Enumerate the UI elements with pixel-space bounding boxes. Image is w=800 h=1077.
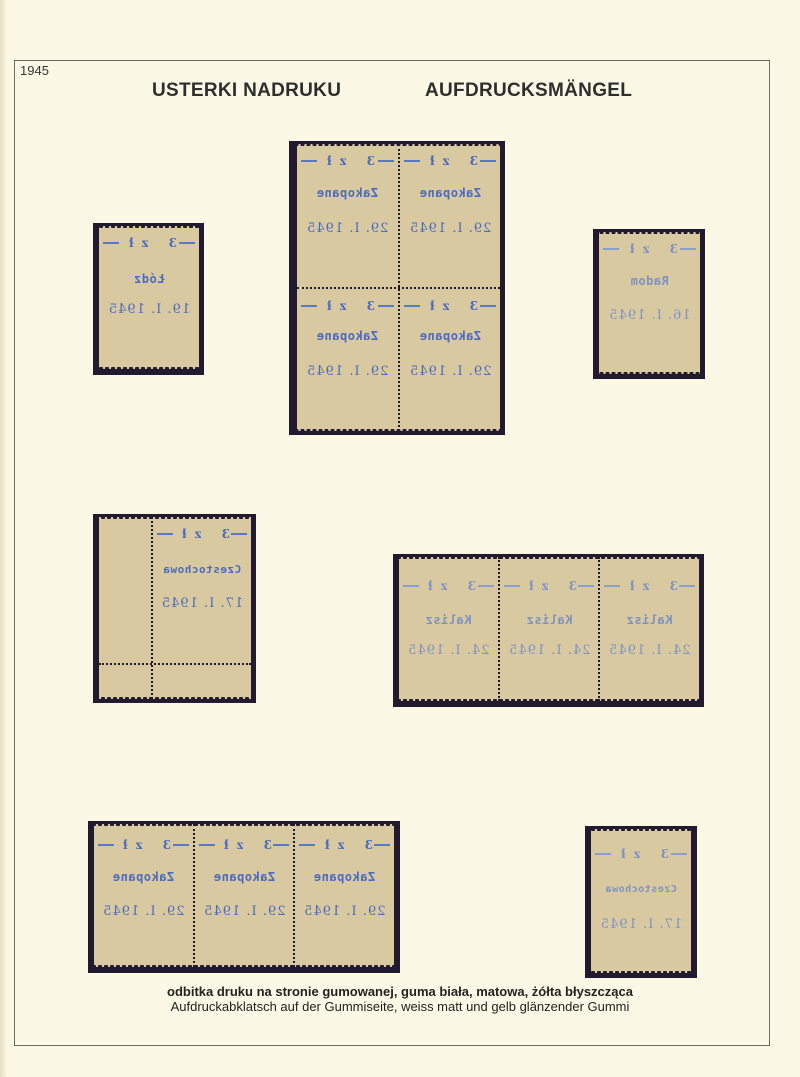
caption-polish: odbitka druku na stronie gumowanej, guma… [0, 984, 800, 999]
block-row-top: 3 zł Zakopane 29. I. 1945 3 zł Zakopane … [297, 144, 500, 287]
dash-icon [103, 242, 119, 244]
stamp-city: Kalisz [600, 613, 699, 627]
stamp-value: 3 zł [613, 847, 669, 861]
stamp-radom: 3 zł Radom 16. I. 1945 [599, 232, 700, 374]
binding-shadow [0, 0, 8, 1077]
stamp-value: 3 zł [115, 838, 171, 852]
stamp-lodz: 3 zł Łódz 19. I. 1945 [99, 226, 199, 369]
stamp-city: Zakopane [400, 329, 501, 343]
stamp-value: 3 zł [420, 579, 476, 593]
stamp-value: 3 zł [319, 154, 375, 168]
stamp-value: 3 zł [317, 838, 373, 852]
stamp-mount-czestochowa-single: 3 zł Czestochowa 17. I. 1945 [585, 826, 697, 978]
stamp-date: 29. I. 1945 [94, 904, 193, 919]
stamp-date: 29. I. 1945 [297, 364, 398, 379]
stamp-value: 3 zł [422, 154, 478, 168]
dash-icon [179, 242, 195, 244]
stamp-value: 3 zł [521, 579, 577, 593]
stamp-zakopane-3: 3 zł Zakopane 29. I. 1945 [297, 289, 398, 432]
stamp-city: Łódz [99, 272, 199, 286]
stamp-value: 3 zł [622, 242, 678, 256]
stamp-city: Zakopane [94, 870, 193, 884]
stamp-date: 24. I. 1945 [399, 643, 498, 658]
stamp-value: 3 zł [319, 299, 375, 313]
sheet-margin-left [99, 517, 153, 663]
stamp-zakopane-4: 3 zł Zakopane 29. I. 1945 [398, 289, 501, 432]
stamp-date: 29. I. 1945 [195, 904, 294, 919]
stamp-city: Radom [599, 274, 700, 288]
stamp-city: Zakopane [297, 329, 398, 343]
stamp-city: Zakopane [297, 186, 398, 200]
stamp-zakopane-strip-1: 3 zł Zakopane 29. I. 1945 [94, 824, 193, 967]
stamp-city: Czestochowa [153, 563, 251, 576]
stamp-zakopane-1: 3 zł Zakopane 29. I. 1945 [297, 144, 398, 287]
stamp-zakopane-2: 3 zł Zakopane 29. I. 1945 [398, 144, 501, 287]
stamp-value: 3 zł [622, 579, 678, 593]
stamp-value: 3 zł [422, 299, 478, 313]
stamp-date: 17. I. 1945 [153, 596, 251, 611]
block-row-bottom: 3 zł Zakopane 29. I. 1945 3 zł Zakopane … [297, 287, 500, 432]
stamp-mount-radom: 3 zł Radom 16. I. 1945 [593, 229, 705, 379]
stamp-city: Czestochowa [591, 884, 691, 895]
stamp-mount-zakopane-block: 3 zł Zakopane 29. I. 1945 3 zł Zakopane … [289, 141, 505, 435]
stamp-value: 3 zł [121, 236, 177, 250]
stamp-date: 29. I. 1945 [400, 221, 501, 236]
stamp-date: 29. I. 1945 [295, 904, 394, 919]
stamp-czestochowa-single: 3 zł Czestochowa 17. I. 1945 [591, 829, 691, 973]
stamp-kalisz-2: 3 zł Kalisz 24. I. 1945 [498, 557, 599, 701]
stamp-date: 17. I. 1945 [591, 917, 691, 932]
stamp-kalisz-1: 3 zł Kalisz 24. I. 1945 [399, 557, 498, 701]
caption-german: Aufdruckabklatsch auf der Gummiseite, we… [0, 999, 800, 1014]
stamp-mount-zakopane-strip: 3 zł Zakopane 29. I. 1945 3 zł Zakopane … [88, 821, 400, 973]
stamp-mount-czestochowa-corner: 3 zł Czestochowa 17. I. 1945 [93, 514, 256, 703]
stamp-city: Zakopane [195, 870, 294, 884]
stamp-czestochowa-corner: 3 zł Czestochowa 17. I. 1945 [153, 517, 251, 663]
stamp-zakopane-strip-2: 3 zł Zakopane 29. I. 1945 [193, 824, 294, 967]
stamp-city: Kalisz [399, 613, 498, 627]
stamp-city: Zakopane [295, 870, 394, 884]
stamp-value: 3 zł [216, 838, 272, 852]
stamp-date: 24. I. 1945 [500, 643, 599, 658]
stamp-kalisz-3: 3 zł Kalisz 24. I. 1945 [598, 557, 699, 701]
page-year: 1945 [20, 63, 49, 78]
page-title-german: AUFDRUCKSMÄNGEL [425, 80, 632, 102]
stamp-date: 24. I. 1945 [600, 643, 699, 658]
stamp-city: Kalisz [500, 613, 599, 627]
stamp-city: Zakopane [400, 186, 501, 200]
stamp-date: 29. I. 1945 [297, 221, 398, 236]
stamp-date: 29. I. 1945 [400, 364, 501, 379]
sheet-margin-bottom [99, 663, 251, 699]
stamp-value: 3 zł [174, 527, 230, 541]
stamp-mount-lodz: 3 zł Łódz 19. I. 1945 [93, 223, 204, 375]
stamp-date: 19. I. 1945 [99, 302, 199, 317]
stamp-date: 16. I. 1945 [599, 308, 700, 323]
stamp-mount-kalisz-strip: 3 zł Kalisz 24. I. 1945 3 zł Kalisz 24. … [393, 554, 704, 707]
page-title-polish: USTERKI NADRUKU [152, 80, 341, 102]
stamp-zakopane-strip-3: 3 zł Zakopane 29. I. 1945 [293, 824, 394, 967]
